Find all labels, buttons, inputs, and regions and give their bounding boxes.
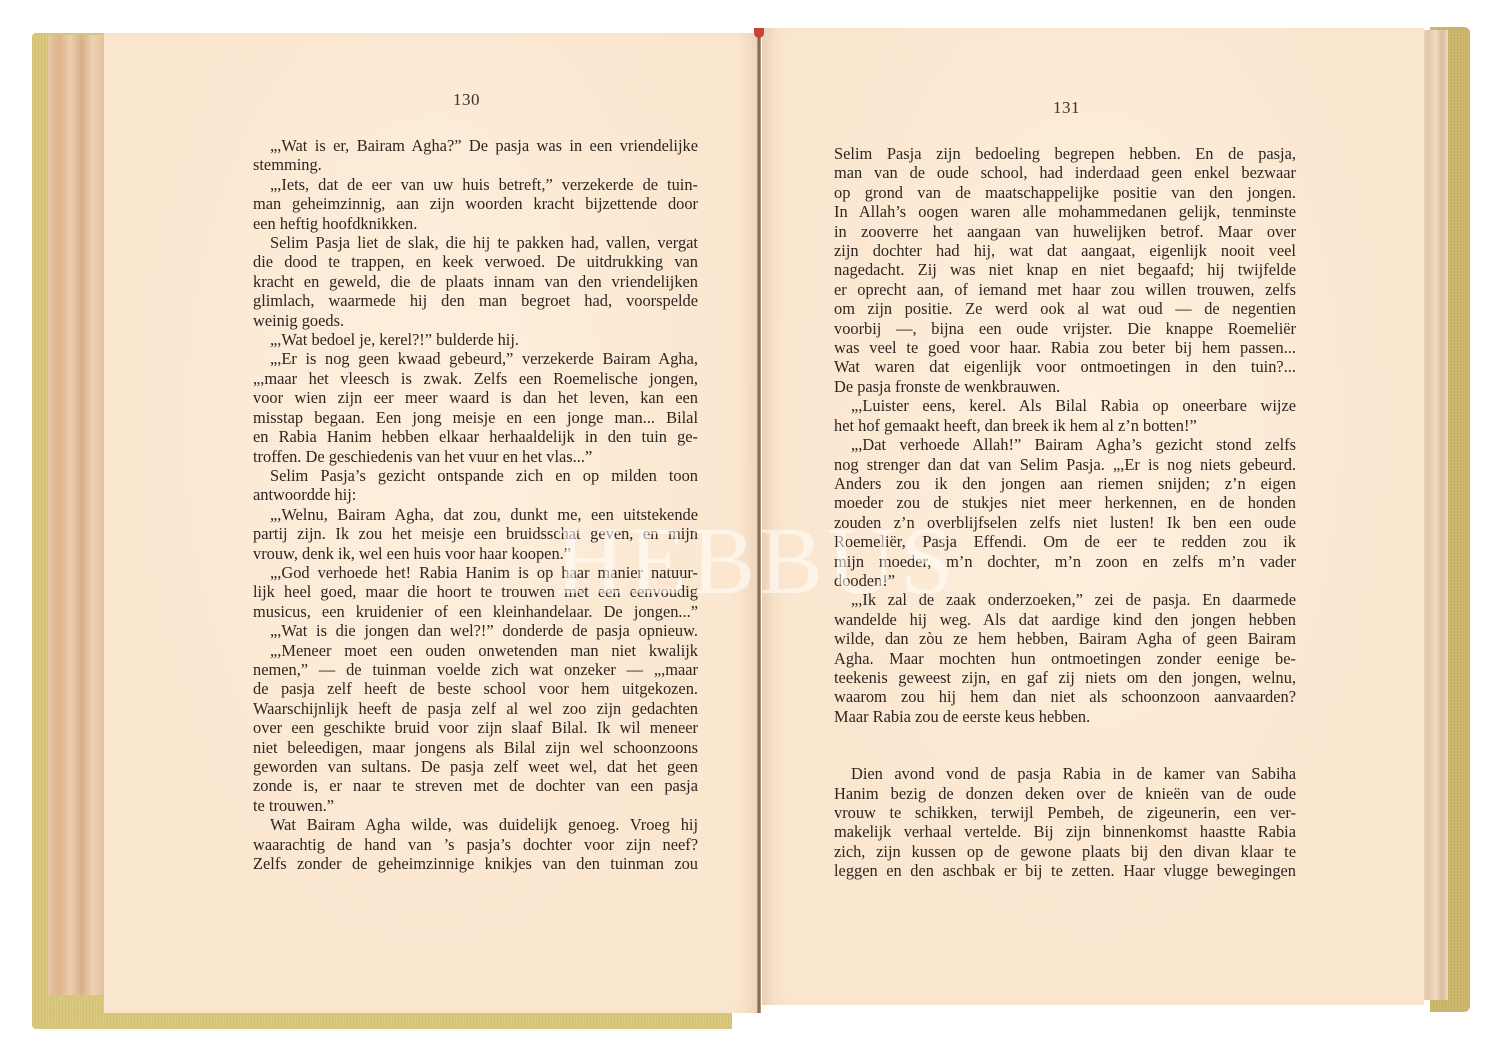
text-line: nemen,” — de tuinman voelde zich wat onz… bbox=[253, 660, 698, 679]
text-line: op grond van de maatschappelijke positie… bbox=[834, 183, 1296, 202]
text-line: geworden van sultans. De pasja zelf weet… bbox=[253, 757, 698, 776]
page-number-right: 131 bbox=[1053, 98, 1080, 118]
text-line: Wat waren dat eigenlijk voor ontmoetinge… bbox=[834, 357, 1296, 376]
text-line: De pasja fronste de wenkbrauwen. bbox=[834, 377, 1296, 396]
text-line: dooden!” bbox=[834, 571, 1296, 590]
text-line: „,Luister eens, kerel. Als Bilal Rabia o… bbox=[834, 396, 1296, 415]
text-line: „,Er is nog geen kwaad gebeurd,” verzeke… bbox=[253, 349, 698, 368]
text-line: zich, zijn kussen op de gewone plaats bi… bbox=[834, 842, 1296, 861]
page-block-edge-right bbox=[1420, 30, 1448, 1000]
text-line: was veel te goed voor haar. Rabia zou be… bbox=[834, 338, 1296, 357]
text-line: „,Wat bedoel je, kerel?!” bulderde hij. bbox=[253, 330, 698, 349]
text-line: antwoordde hij: bbox=[253, 485, 698, 504]
text-line: voor wien zijn eer meer waard is dan het… bbox=[253, 388, 698, 407]
text-line: „,maar het vleesch is zwak. Zelfs een Ro… bbox=[253, 369, 698, 388]
text-line: waarom zou hij hem dan niet als schoonzo… bbox=[834, 687, 1296, 706]
text-line: en Rabia Hanim hebben elkaar herhaaldeli… bbox=[253, 427, 698, 446]
text-line: Maar Rabia zou de eerste keus hebben. bbox=[834, 707, 1296, 726]
text-line: moeder zou de stukjes niet meer herkenne… bbox=[834, 493, 1296, 512]
text-line: in zooverre het aangaan van huwelijken b… bbox=[834, 222, 1296, 241]
text-line: er oprecht aan, of iemand met haar zou w… bbox=[834, 280, 1296, 299]
right-page-text: Selim Pasja zijn bedoeling begrepen hebb… bbox=[834, 144, 1296, 881]
page-number-left: 130 bbox=[453, 90, 480, 110]
text-line: lijk heel goed, maar die hoort te trouwe… bbox=[253, 582, 698, 601]
text-line: troffen. De geschiedenis van het vuur en… bbox=[253, 447, 698, 466]
text-line: mijn moeder, m’n dochter, m’n zoon en ze… bbox=[834, 552, 1296, 571]
book-gutter bbox=[757, 28, 761, 1013]
text-line: zonde is, er naar te streven met de doch… bbox=[253, 776, 698, 795]
text-line: Selim Pasja zijn bedoeling begrepen hebb… bbox=[834, 144, 1296, 163]
left-page-text: „,Wat is er, Bairam Agha?” De pasja was … bbox=[253, 136, 698, 873]
text-line: over een geschikte bruid voor zijn slaaf… bbox=[253, 718, 698, 737]
text-line: nagedacht. Zij was niet knap en niet beg… bbox=[834, 260, 1296, 279]
text-line: leggen en den aschbak er bij te zetten. … bbox=[834, 861, 1296, 880]
text-line: zijn dochter had hij, wat dat aangaat, e… bbox=[834, 241, 1296, 260]
text-line: om zijn positie. Ze werd ook al wat oud … bbox=[834, 299, 1296, 318]
text-line: „,Wat is er, Bairam Agha?” De pasja was … bbox=[253, 136, 698, 155]
text-line: partij zijn. Ik zou het meisje een bruid… bbox=[253, 524, 698, 543]
text-line: Agha. Maar mochten hun ontmoetingen zond… bbox=[834, 649, 1296, 668]
text-line: Waarschijnlijk heeft de pasja zelf al we… bbox=[253, 699, 698, 718]
page-block-edge-left bbox=[48, 35, 104, 995]
text-line: een heftig hoofdknikken. bbox=[253, 214, 698, 233]
text-line: weinig goeds. bbox=[253, 311, 698, 330]
text-line: man geheimzinnig, aan zijn woorden krach… bbox=[253, 194, 698, 213]
text-line: „,Dat verhoede Allah!” Bairam Agha’s gez… bbox=[834, 435, 1296, 454]
text-line: „,Iets, dat de eer van uw huis betreft,”… bbox=[253, 175, 698, 194]
text-line: „,Welnu, Bairam Agha, dat zou, dunkt me,… bbox=[253, 505, 698, 524]
text-line: kracht en geweld, die de plaats innam va… bbox=[253, 272, 698, 291]
text-line: Wat Bairam Agha wilde, was duidelijk gen… bbox=[253, 815, 698, 834]
text-line: niet beleedigen, maar jongens als Bilal … bbox=[253, 738, 698, 757]
text-line: het hof gemaakt heeft, dan breek ik hem … bbox=[834, 416, 1296, 435]
text-line: teekenis geweest zijn, en gaf zij niets … bbox=[834, 668, 1296, 687]
text-line: de pasja zelf heeft de beste school voor… bbox=[253, 679, 698, 698]
text-line: voorbij —, bijna een oude vrijster. Die … bbox=[834, 319, 1296, 338]
text-line: Roemeliër, Pasja Effendi. Om de eer te r… bbox=[834, 532, 1296, 551]
text-line: makelijk verhaal vertelde. Bij zijn binn… bbox=[834, 822, 1296, 841]
text-line: Selim Pasja liet de slak, die hij te pak… bbox=[253, 233, 698, 252]
text-line: musicus, een kruidenier of een kleinhand… bbox=[253, 602, 698, 621]
text-line: Anders zou ik den jongen aan riemen snij… bbox=[834, 474, 1296, 493]
text-line: glimlach, waarmede hij den man begroet h… bbox=[253, 291, 698, 310]
headband-mark bbox=[754, 28, 764, 38]
text-line: misstap begaan. Een jong meisje en een j… bbox=[253, 408, 698, 427]
text-line: Zelfs zonder de geheimzinnige knikjes va… bbox=[253, 854, 698, 873]
text-line: te trouwen.” bbox=[253, 796, 698, 815]
text-line: Selim Pasja’s gezicht ontspande zich en … bbox=[253, 466, 698, 485]
text-line: „,God verhoede het! Rabia Hanim is op ha… bbox=[253, 563, 698, 582]
text-line: wandelde hij weg. Als dat aardige kind d… bbox=[834, 610, 1296, 629]
text-line: „,Meneer moet een ouden onwetenden man n… bbox=[253, 641, 698, 660]
section-break bbox=[834, 726, 1296, 764]
text-line: vrouw te schikken, terwijl Pembeh, de zi… bbox=[834, 803, 1296, 822]
text-line: zouden z’n overblijfselen zelfs niet lus… bbox=[834, 513, 1296, 532]
text-line: waarachtig de hand van ’s pasja’s dochte… bbox=[253, 835, 698, 854]
text-line: vrouw, denk ik, wel een huis voor haar k… bbox=[253, 544, 698, 563]
text-line: wilde, dan zòu ze hem hebben, Bairam Agh… bbox=[834, 629, 1296, 648]
text-line: In Allah’s oogen waren alle mohammedanen… bbox=[834, 202, 1296, 221]
text-line: Dien avond vond de pasja Rabia in de kam… bbox=[834, 764, 1296, 783]
text-line: man van de oude school, had inderdaad ge… bbox=[834, 163, 1296, 182]
text-line: die dood te trappen, en keek verwoed. De… bbox=[253, 252, 698, 271]
text-line: Hanim bezig de donzen deken over de knie… bbox=[834, 784, 1296, 803]
text-line: „,Wat is die jongen dan wel?!” donderde … bbox=[253, 621, 698, 640]
text-line: „,Ik zal de zaak onderzoeken,” zei de pa… bbox=[834, 590, 1296, 609]
text-line: stemming. bbox=[253, 155, 698, 174]
text-line: nog strenger dan dat van Selim Pasja. „,… bbox=[834, 455, 1296, 474]
